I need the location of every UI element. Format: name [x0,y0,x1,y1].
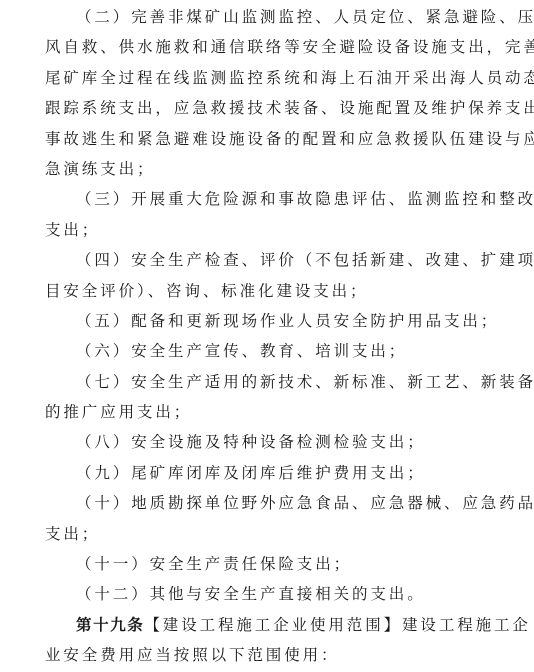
paragraph-line: 业安全费用应当按照以下范围使用： [45,640,475,670]
article-title: 【建设工程施工企业使用范围】 [144,616,402,634]
paragraph-line: 尾矿库全过程在线监测监控系统和海上石油开采出海人员动态 [45,63,475,93]
paragraph-line: （十一）安全生产责任保险支出； [45,549,475,579]
paragraph-line: （十）地质勘探单位野外应急食品、应急器械、应急药品 [45,488,475,518]
paragraph-line: （九）尾矿库闭库及闭库后维护费用支出； [45,458,475,488]
paragraph-line: （四）安全生产检查、评价（不包括新建、改建、扩建项 [45,245,475,275]
document-page: （二）完善非煤矿山监测监控、人员定位、紧急避险、压 风自救、供水施救和通信联络等… [45,2,475,671]
paragraph-line: （七）安全生产适用的新技术、新标准、新工艺、新装备 [45,367,475,397]
paragraph-line: （八）安全设施及特种设备检测检验支出； [45,427,475,457]
article-number: 第十九条 [76,616,144,634]
paragraph-line: （二）完善非煤矿山监测监控、人员定位、紧急避险、压 [45,2,475,32]
paragraph-line: 支出； [45,519,475,549]
article-text: 建设工程施工企 [402,616,531,634]
paragraph-line: （十二）其他与安全生产直接相关的支出。 [45,579,475,609]
paragraph-line: （三）开展重大危险源和事故隐患评估、监测监控和整改 [45,184,475,214]
paragraph-line: 风自救、供水施救和通信联络等安全避险设备设施支出，完善 [45,32,475,62]
paragraph-line: 支出； [45,215,475,245]
paragraph-line: 事故逃生和紧急避难设施设备的配置和应急救援队伍建设与应 [45,124,475,154]
paragraph-line: 目安全评价）、咨询、标准化建设支出； [45,276,475,306]
paragraph-line: 急演练支出； [45,154,475,184]
paragraph-line: 的推广应用支出； [45,397,475,427]
article-heading-line: 第十九条【建设工程施工企业使用范围】建设工程施工企 [45,610,475,640]
paragraph-line: （六）安全生产宣传、教育、培训支出； [45,336,475,366]
paragraph-line: 跟踪系统支出，应急救援技术装备、设施配置及维护保养支出， [45,93,475,123]
paragraph-line: （五）配备和更新现场作业人员安全防护用品支出； [45,306,475,336]
